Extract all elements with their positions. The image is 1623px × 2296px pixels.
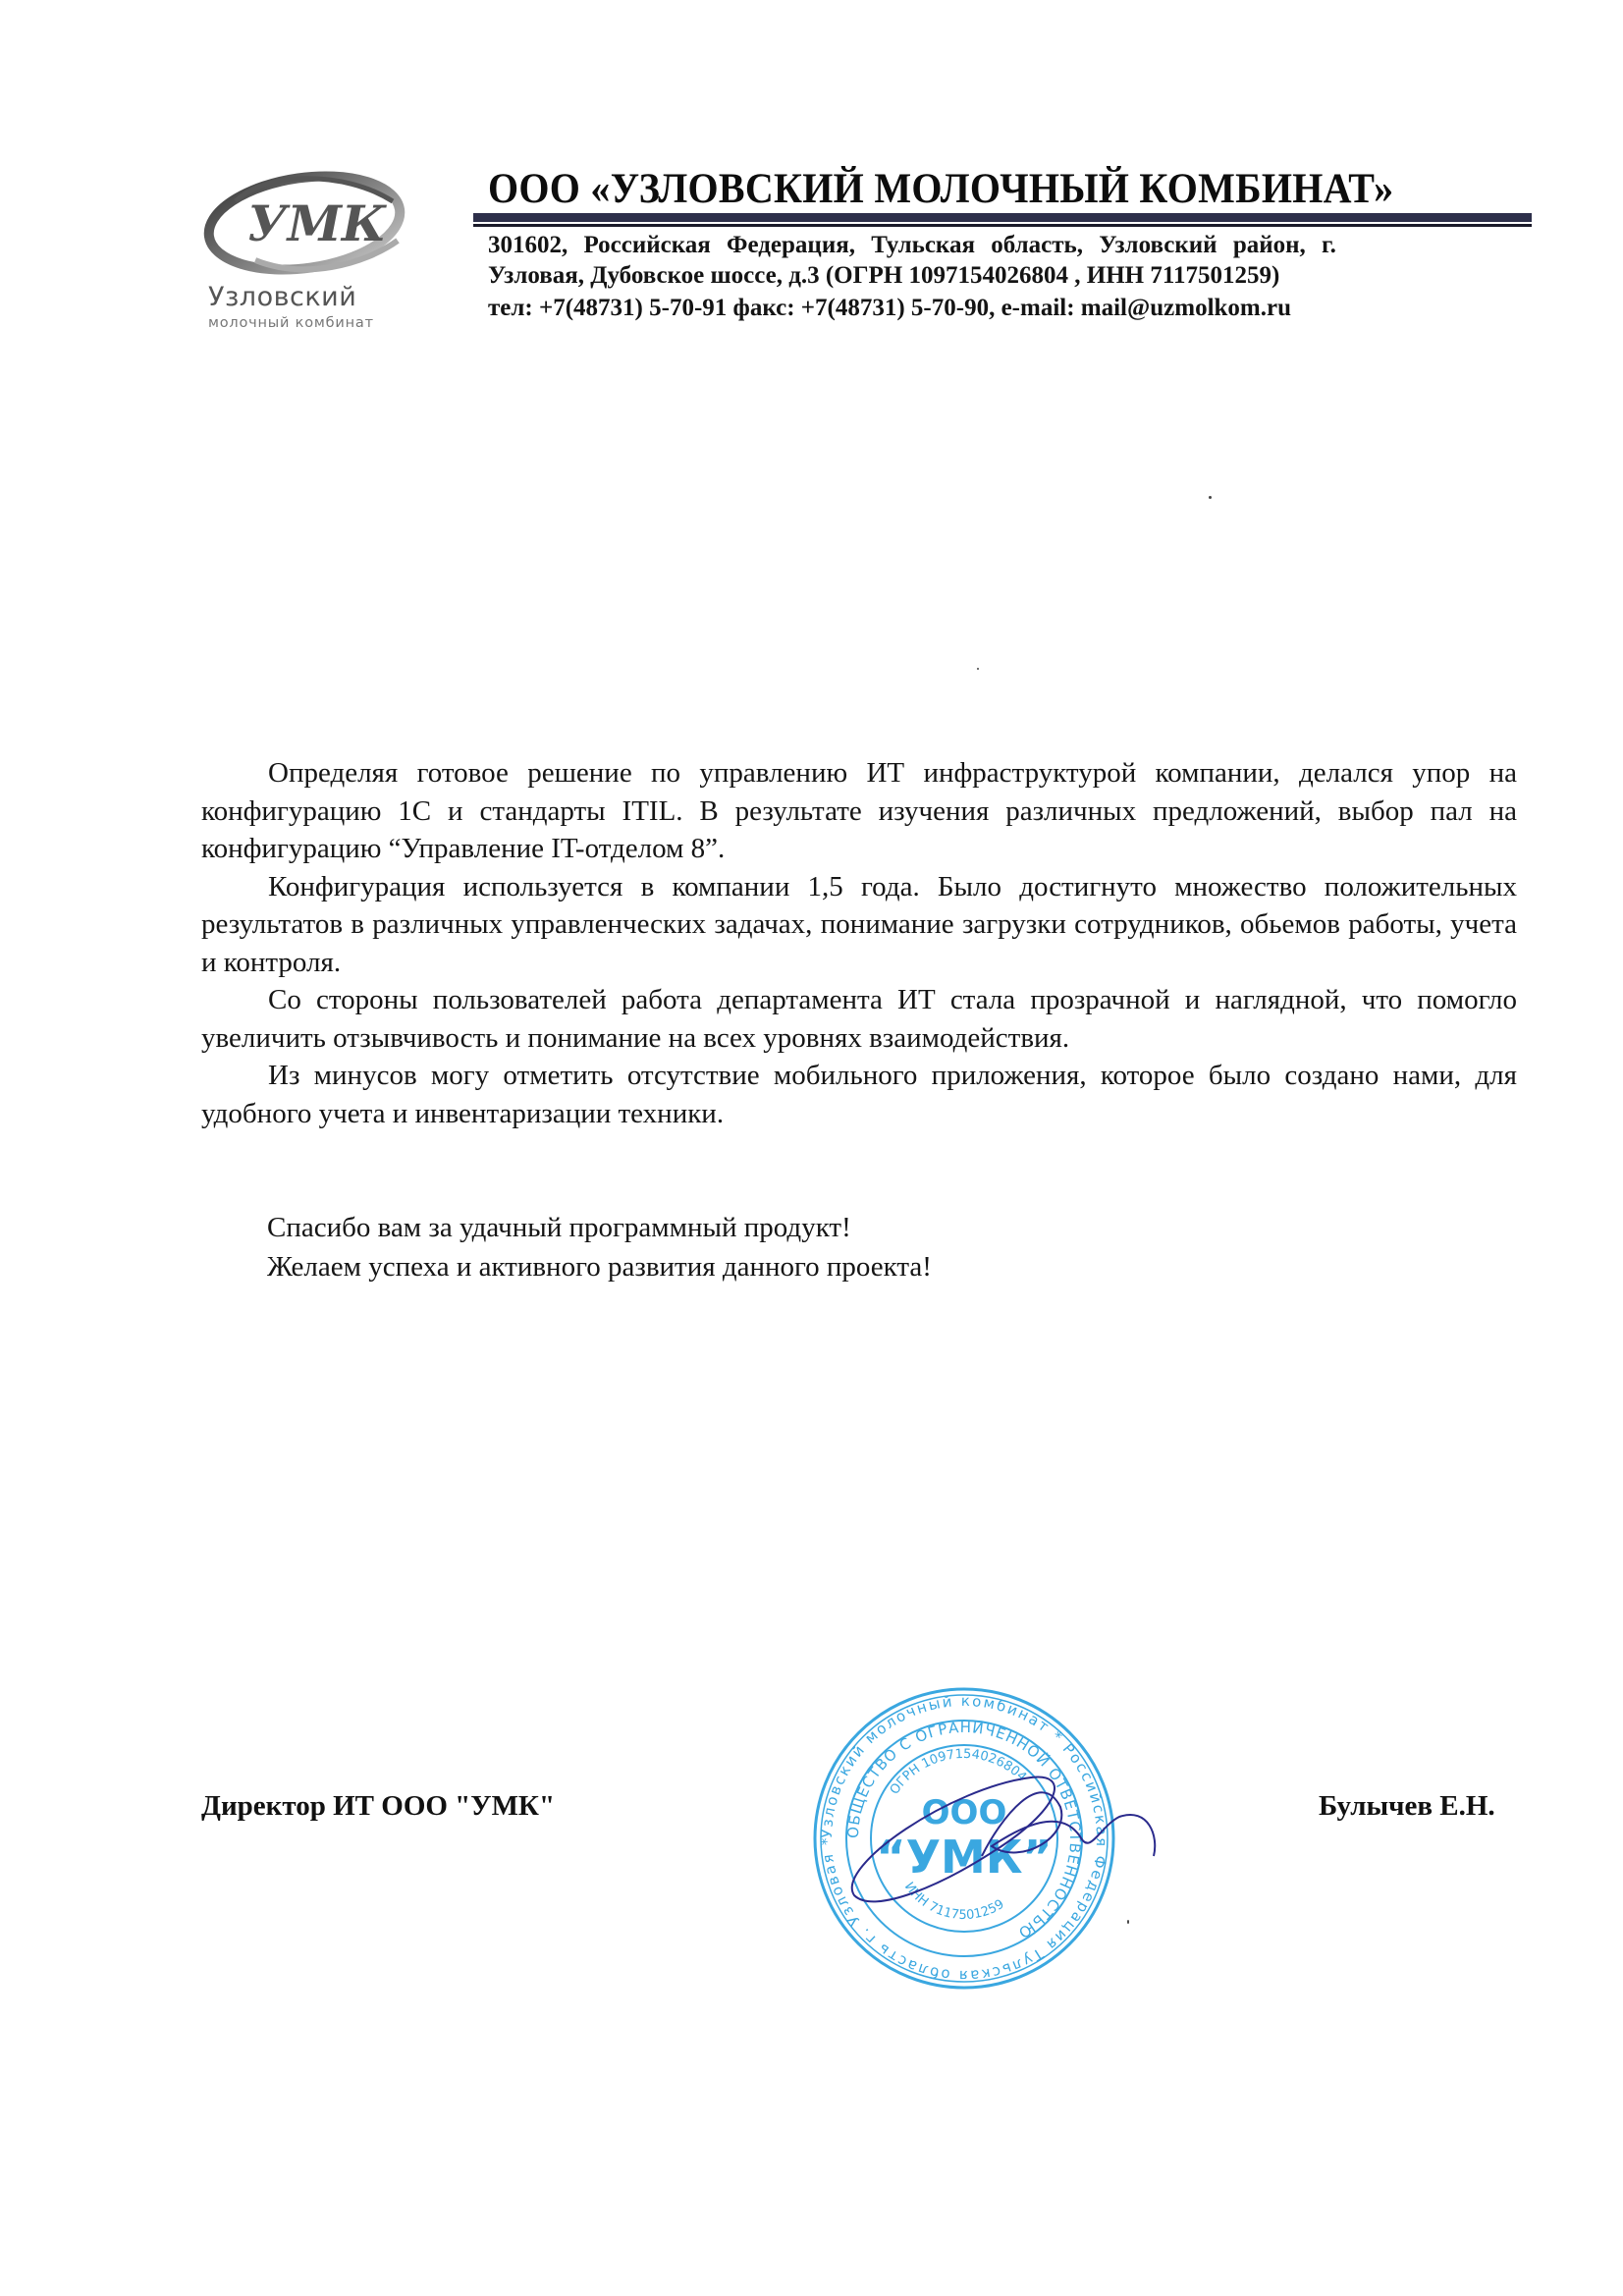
scan-speck [977,668,979,670]
paragraph: Из минусов могу отметить отсутствие моби… [201,1057,1517,1132]
closing-block: Спасибо вам за удачный программный проду… [267,1208,932,1286]
contacts-line: тел: +7(48731) 5-70-91 факс: +7(48731) 5… [488,295,1291,322]
scan-speck [1209,496,1212,499]
paragraph: Со стороны пользователей работа департам… [201,981,1517,1057]
letter-body: Определяя готовое решение по управлению … [201,754,1517,1132]
svg-text:УМК: УМК [247,194,388,252]
address-line-2: Узловая, Дубовское шоссе, д.3 (ОГРН 1097… [488,262,1279,290]
closing-line: Спасибо вам за удачный программный проду… [267,1208,932,1247]
company-title: ООО «УЗЛОВСКИЙ МОЛОЧНЫЙ КОМБИНАТ» [488,165,1393,213]
header-rule-thick [473,213,1532,222]
logo-subtitle: молочный комбинат [208,315,374,331]
logo-name: Узловский [208,282,356,312]
signer-name: Булычев Е.Н. [1319,1790,1495,1823]
paragraph: Конфигурация используется в компании 1,5… [201,868,1517,982]
paragraph: Определяя готовое решение по управлению … [201,754,1517,868]
closing-line: Желаем успеха и активного развития данно… [267,1247,932,1286]
umk-logo-icon: УМК [196,162,412,290]
company-logo: УМК Узловский молочный комбинат [196,162,422,339]
signer-position: Директор ИТ ООО "УМК" [201,1790,555,1823]
handwritten-signature-icon [835,1748,1188,1915]
header-rule-thin [473,224,1532,227]
scan-speck [1127,1920,1129,1924]
address-line-1: 301602, Российская Федерация, Тульская о… [488,232,1336,259]
